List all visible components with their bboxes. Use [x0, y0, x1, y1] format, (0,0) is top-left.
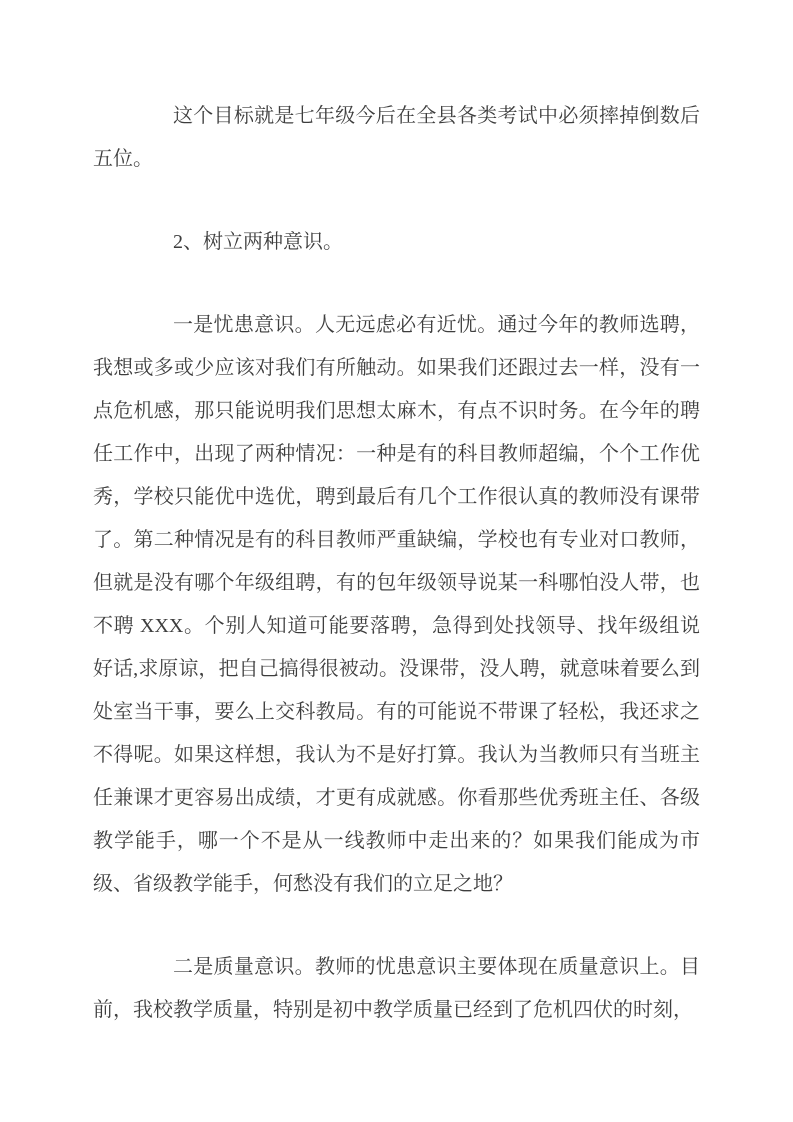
document-page: 这个目标就是七年级今后在全县各类考试中必须摔掉倒数后五位。 2、树立两种意识。 …: [0, 0, 793, 1122]
paragraph-worry-awareness: 一是忧患意识。人无远虑必有近忧。通过今年的教师选聘，我想或多或少应该对我们有所触…: [93, 304, 700, 906]
paragraph-quality-awareness: 二是质量意识。教师的忧患意识主要体现在质量意识上。目前，我校教学质量，特别是初中…: [93, 946, 700, 1032]
paragraph-section-heading: 2、树立两种意识。: [93, 221, 700, 264]
paragraph-goal-statement: 这个目标就是七年级今后在全县各类考试中必须摔掉倒数后五位。: [93, 95, 700, 181]
